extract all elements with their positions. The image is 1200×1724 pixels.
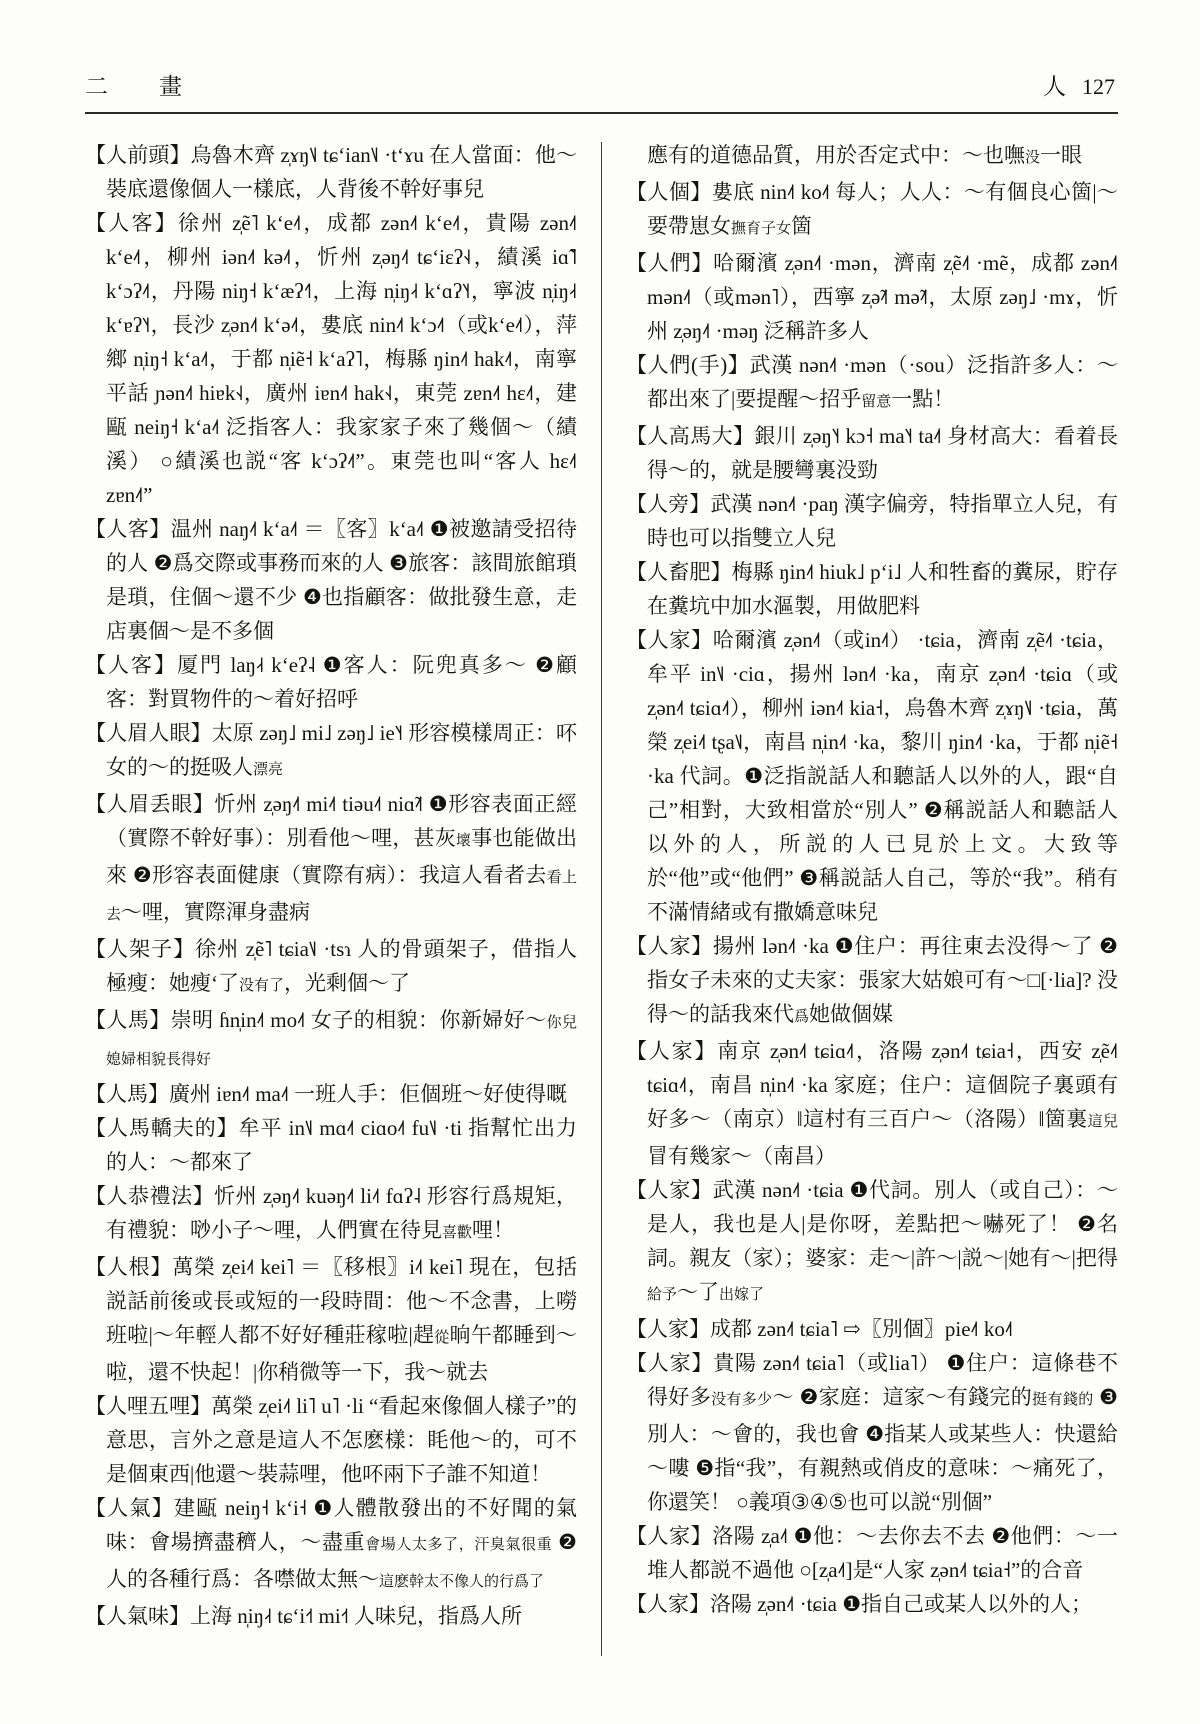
page-folio: 人 127 (1043, 68, 1115, 101)
dictionary-entry: 【人客】徐州 z̩ẽ˥ kʻe˨˦，成都 zən˨˦ kʻe˨˦，貴陽 zən˨… (85, 206, 577, 512)
dictionary-entry: 【人氣味】上海 n̩iŋ˨˧ tɕʻi˧˦ mi˧˦ 人味兒，指爲人所 (85, 1599, 577, 1633)
dictionary-entry: 【人畜肥】梅縣 ŋin˨˦ hiuk˩ pʻi˩ 人和牲畜的糞尿，貯存在糞坑中加… (626, 555, 1118, 623)
dictionary-entry: 【人家】成都 zən˨˦ tɕia˥ ⇨〖別個〗pie˨˦ ko˨˦ (626, 1312, 1118, 1346)
dictionary-entry: 【人家】洛陽 z̩a˨˦ ❶他：～去你去不去 ❷他們：～一堆人都説不過他 ○[z… (626, 1519, 1118, 1587)
dictionary-entry: 【人家】貴陽 zən˨˦ tɕia˥（或lia˥） ❶住户：這條巷不得好多没有多… (626, 1346, 1118, 1519)
dictionary-entry: 【人家】哈爾濱 z̩ən˨˦（或in˨˦） ·tɕia，濟南 z̩ẽ˨˦ ·tɕ… (626, 623, 1118, 929)
dictionary-entry: 【人氣】建甌 neiŋ˧ kʻi˧ ❶人體散發出的不好聞的氣味：會場擠盡穧人，～… (85, 1491, 577, 1599)
dictionary-entry: 【人馬】崇明 ɦn̩in˨˦ mo˨˦ 女子的相貌：你新婦好～你兒媳婦相貌長得好 (85, 1003, 577, 1077)
dictionary-entry: 【人馬】廣州 iɐn˨˦ ma˨˦ 一班人手：佢個班～好使得嘅 (85, 1077, 577, 1111)
dictionary-entry: 【人眉丢眼】忻州 z̩əŋ˨˦ mi˨˦ tiəu˨˦ niɑ̃˨˦ ❶形容表面… (85, 787, 577, 932)
dictionary-entry: 【人哩五哩】萬榮 z̩ei˨˦ li˥ u˥ ·li “看起來像個人樣子”的意思… (85, 1389, 577, 1491)
page-number: 127 (1082, 74, 1115, 100)
dictionary-entry: 【人客】温州 naŋ˨˦ kʻa˨˦ ＝〖客〗kʻa˨˦ ❶被邀請受招待的人 ❷… (85, 512, 577, 648)
dictionary-entry: 【人們】哈爾濱 z̩ən˨˦ ·mən，濟南 z̩ẽ˨˦ ·mẽ，成都 zən˨… (626, 246, 1118, 348)
dictionary-column-left: 【人前頭】烏魯木齊 z̩ɤŋ˥˩ tɕʻian˥˩ ·tʻɤu 在人當面：他～裝… (85, 138, 577, 1664)
dictionary-entry: 【人個】婁底 nin˨˦ ko˨˦ 每人；人人：～有個良心箇|～要帶崽女撫育子女… (626, 175, 1118, 246)
section-title: 二 畫 (85, 68, 196, 101)
dictionary-entry: 【人架子】徐州 z̩ẽ˥ tɕia˥˩ ·tsɿ 人的骨頭架子，借指人極瘦：她瘦… (85, 932, 577, 1003)
dictionary-column-right: 應有的道德品質，用於否定式中：～也嘸没一眼 【人個】婁底 nin˨˦ ko˨˦ … (626, 138, 1118, 1664)
dictionary-entry: 【人旁】武漢 nən˨˦ ·paŋ 漢字偏旁，特指單立人兒，有時也可以指雙立人兒 (626, 487, 1118, 555)
column-divider (601, 142, 602, 1656)
text-columns: 【人前頭】烏魯木齊 z̩ɤŋ˥˩ tɕʻian˥˩ ·tʻɤu 在人當面：他～裝… (85, 138, 1118, 1664)
dictionary-entry: 【人高馬大】銀川 z̩əŋ˥˧ kɔ˧ ma˥˧ ta˨˦ 身材高大：看着長得～… (626, 419, 1118, 487)
dictionary-entry: 【人眉人眼】太原 zəŋ˩ mi˩ zəŋ˩ ie˥˧ 形容模樣周正：吥女的～的… (85, 716, 577, 787)
dictionary-entry: 【人家】揚州 lən˨˦ ·ka ❶住户：再往東去没得～了 ❷指女子未來的丈夫家… (626, 929, 1118, 1034)
dictionary-entry: 【人客】厦門 laŋ˨˧ kʻeʔ˨ ❶客人：阮兜真多～ ❷顧客：對買物件的～着… (85, 648, 577, 716)
dictionary-entry: 【人馬轎夫的】牟平 in˥˩ mɑ˨˦ ciɑo˨˦ fu˥˩ ·ti 指幫忙出… (85, 1111, 577, 1179)
dictionary-entry: 【人恭禮法】忻州 z̩əŋ˨˦ kuəŋ˨˦ li˨˦ fɑʔ˨ 形容行爲規矩，… (85, 1179, 577, 1250)
dictionary-entry: 【人根】萬榮 z̩ei˨˦ kei˥ ＝〖移根〗i˨˦ kei˥ 現在，包括説話… (85, 1250, 577, 1389)
dictionary-entry: 【人前頭】烏魯木齊 z̩ɤŋ˥˩ tɕʻian˥˩ ·tʻɤu 在人當面：他～裝… (85, 138, 577, 206)
dictionary-entry: 【人家】洛陽 z̩ən˨˦ ·tɕia ❶指自己或某人以外的人； (626, 1587, 1118, 1621)
dictionary-entry: 【人家】南京 z̩ən˨˦ tɕiɑ˨˦，洛陽 z̩ən˨˦ tɕia˧，西安 … (626, 1034, 1118, 1173)
head-character: 人 (1043, 68, 1066, 101)
page-header: 二 畫 人 127 (85, 68, 1115, 101)
dictionary-entry: 【人們(手)】武漢 nən˨˦ ·mən（·sou）泛指許多人：～都出來了|要提… (626, 348, 1118, 419)
dictionary-page: 二 畫 人 127 【人前頭】烏魯木齊 z̩ɤŋ˥˩ tɕʻian˥˩ ·tʻɤ… (0, 0, 1200, 1724)
dictionary-entry: 【人家】武漢 nən˨˦ ·tɕia ❶代詞。別人（或自己）：～是人，我也是人|… (626, 1173, 1118, 1312)
entry-continuation: 應有的道德品質，用於否定式中：～也嘸没一眼 (626, 138, 1118, 175)
header-rule (85, 112, 1118, 114)
